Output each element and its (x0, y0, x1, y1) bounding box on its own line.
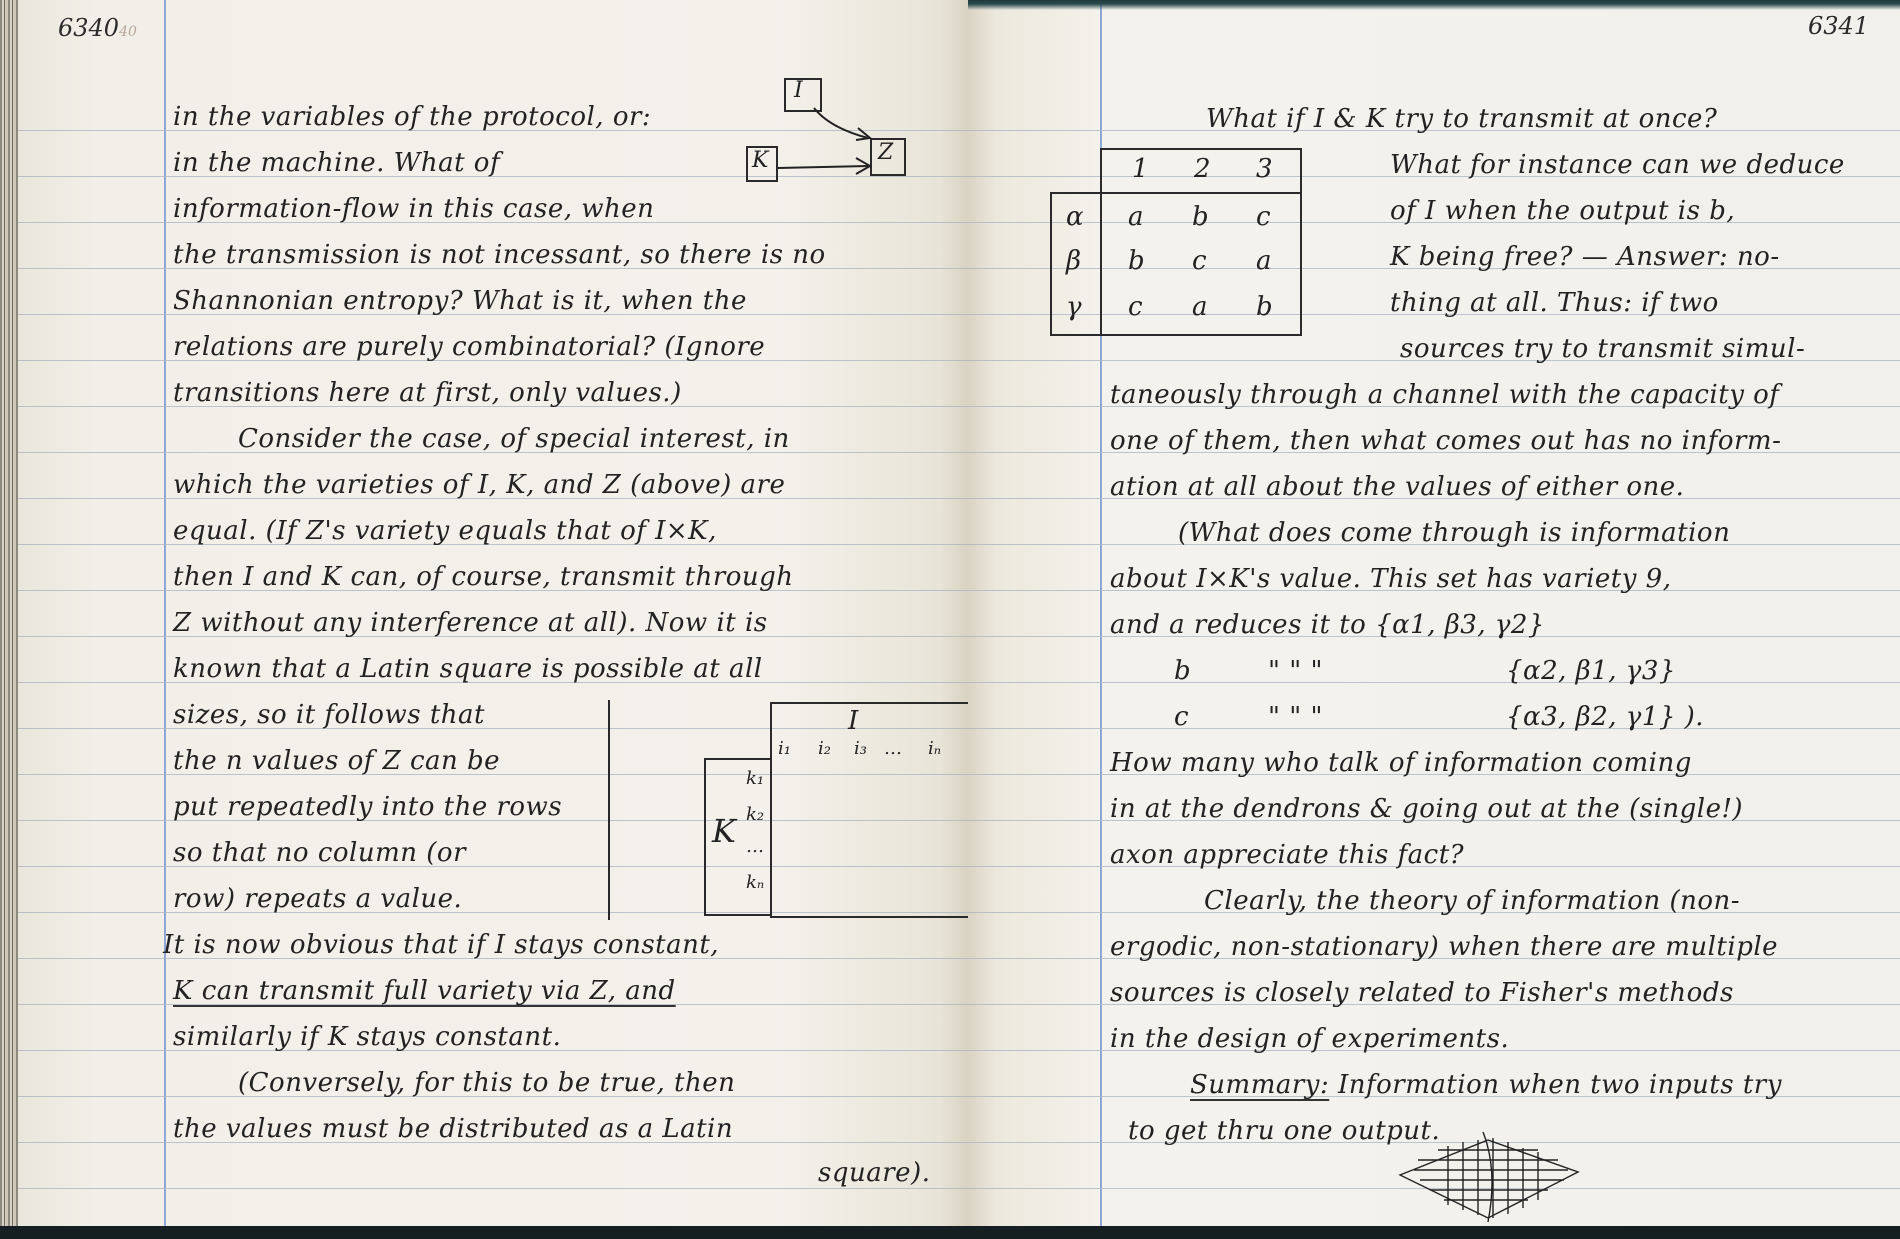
cell: b (1256, 292, 1273, 322)
reduction-set: {α3, β2, γ1} ). (1506, 702, 1704, 732)
cell: a (1128, 202, 1144, 232)
row-label: α (1066, 202, 1084, 232)
text-line: sources try to transmit simul- (1400, 334, 1805, 364)
grid-row-label: kₙ (746, 872, 764, 893)
text-line: of I when the output is b, (1390, 196, 1735, 226)
text-line: transitions here at first, only values.) (173, 378, 682, 408)
text-line: row) repeats a value. (173, 884, 462, 914)
text-line: to get thru one output. (1128, 1116, 1440, 1146)
grid-col-label: iₙ (928, 738, 941, 759)
ruled-line (968, 682, 1900, 683)
col-label: 3 (1256, 154, 1273, 184)
col-label: 1 (1132, 154, 1149, 184)
cell: c (1128, 292, 1143, 322)
text-line: information-flow in this case, when (173, 194, 654, 224)
grid-row-label: … (746, 836, 764, 857)
text-line: (Conversely, for this to be true, then (238, 1068, 735, 1098)
text-line: thing at all. Thus: if two (1390, 288, 1719, 318)
open-notebook: 634040 I K Z in the variables of the pro… (0, 0, 1900, 1226)
cover-bottom (0, 1226, 1900, 1239)
text-line: in the variables of the protocol, or: (173, 102, 651, 132)
text-line: the transmission is not incessant, so th… (173, 240, 826, 270)
text-line: taneously through a channel with the cap… (1110, 380, 1779, 410)
text-line: about I×K's value. This set has variety … (1110, 564, 1672, 594)
grid-row-label: k₂ (746, 804, 764, 825)
text-line: relations are purely combinatorial? (Ign… (173, 332, 765, 362)
cell: b (1128, 246, 1145, 276)
grid-col-label: i₃ (854, 738, 867, 759)
text-line: What if I & K try to transmit at once? (1206, 104, 1717, 134)
text-line: equal. (If Z's variety equals that of I×… (173, 516, 717, 546)
text-line: Clearly, the theory of information (non- (1204, 886, 1740, 916)
summary-text: Information when two inputs try (1338, 1070, 1782, 1100)
text-line: the values must be distributed as a Lati… (173, 1114, 733, 1144)
text-line: Z without any interference at all). Now … (173, 608, 768, 638)
grid-row-header: K (712, 812, 736, 850)
divider-line (608, 700, 610, 920)
cell: c (1192, 246, 1207, 276)
cell: a (1192, 292, 1208, 322)
text-line: put repeatedly into the rows (173, 792, 562, 822)
page-number-left: 634040 (58, 14, 137, 42)
summary-line: Summary: Information when two inputs try (1190, 1070, 1782, 1100)
text-line: sources is closely related to Fisher's m… (1110, 978, 1734, 1008)
row-label: γ (1066, 292, 1082, 322)
text-line: in at the dendrons & going out at the (s… (1110, 794, 1743, 824)
text-line: ergodic, non-stationary) when there are … (1110, 932, 1778, 962)
col-label: 2 (1194, 154, 1211, 184)
ditto-marks: " " " (1268, 702, 1323, 732)
text-line: Consider the case, of special interest, … (238, 424, 790, 454)
text-line: It is now obvious that if I stays consta… (163, 930, 719, 960)
cover-edge (968, 0, 1900, 10)
text-line: in the machine. What of (173, 148, 500, 178)
text-line: in the design of experiments. (1110, 1024, 1509, 1054)
diagram-output-z: Z (878, 140, 893, 165)
text-line: ation at all about the values of either … (1110, 472, 1684, 502)
cell: a (1256, 246, 1272, 276)
reduction-output: b (1174, 656, 1191, 686)
text-line: one of them, then what comes out has no … (1110, 426, 1781, 456)
cell: b (1192, 202, 1209, 232)
ruled-line (18, 1188, 968, 1189)
ruled-line (968, 728, 1900, 729)
ruled-line (968, 1188, 1900, 1189)
text-line: similarly if K stays constant. (173, 1022, 561, 1052)
reduction-set: {α2, β1, γ3} (1506, 656, 1676, 686)
left-page: 634040 I K Z in the variables of the pro… (18, 0, 968, 1226)
text-line: then I and K can, of course, transmit th… (173, 562, 794, 592)
reduction-output: c (1174, 702, 1189, 732)
text-line: sizes, so it follows that (173, 700, 485, 730)
text-line: (What does come through is information (1178, 518, 1730, 548)
diagram-input-k: K (752, 148, 768, 173)
margin-line (164, 0, 166, 1226)
grid-col-header: I (848, 706, 858, 736)
grid-col-label: i₁ (778, 738, 791, 759)
grid-col-label: i₂ (818, 738, 831, 759)
text-line: which the varieties of I, K, and Z (abov… (173, 470, 785, 500)
arrow-icon (18, 0, 28, 10)
ditto-marks: " " " (1268, 656, 1323, 686)
text-line: the n values of Z can be (173, 746, 500, 776)
text-line: How many who talk of information coming (1110, 748, 1692, 778)
text-line: and a reduces it to {α1, β3, γ2} (1110, 610, 1545, 640)
text-line: axon appreciate this fact? (1110, 840, 1464, 870)
text-line: square). (818, 1158, 930, 1188)
underlined-text-line: K can transmit full variety via Z, and (173, 976, 676, 1006)
right-page: 6341 1 2 3 α β γ a b c b c a c a b What … (968, 0, 1900, 1226)
grid-col-label: … (884, 738, 902, 759)
text-line: K being free? — Answer: no- (1390, 242, 1780, 272)
cell: c (1256, 202, 1271, 232)
text-line: Shannonian entropy? What is it, when the (173, 286, 747, 316)
text-line: What for instance can we deduce (1390, 150, 1845, 180)
summary-label: Summary: (1190, 1070, 1329, 1100)
text-line: so that no column (or (173, 838, 466, 868)
text-line: known that a Latin square is possible at… (173, 654, 763, 684)
grid-row-label: k₁ (746, 768, 764, 789)
row-label: β (1066, 246, 1081, 276)
diagram-input-i: I (794, 78, 803, 103)
page-number-right: 6341 (1808, 12, 1869, 40)
